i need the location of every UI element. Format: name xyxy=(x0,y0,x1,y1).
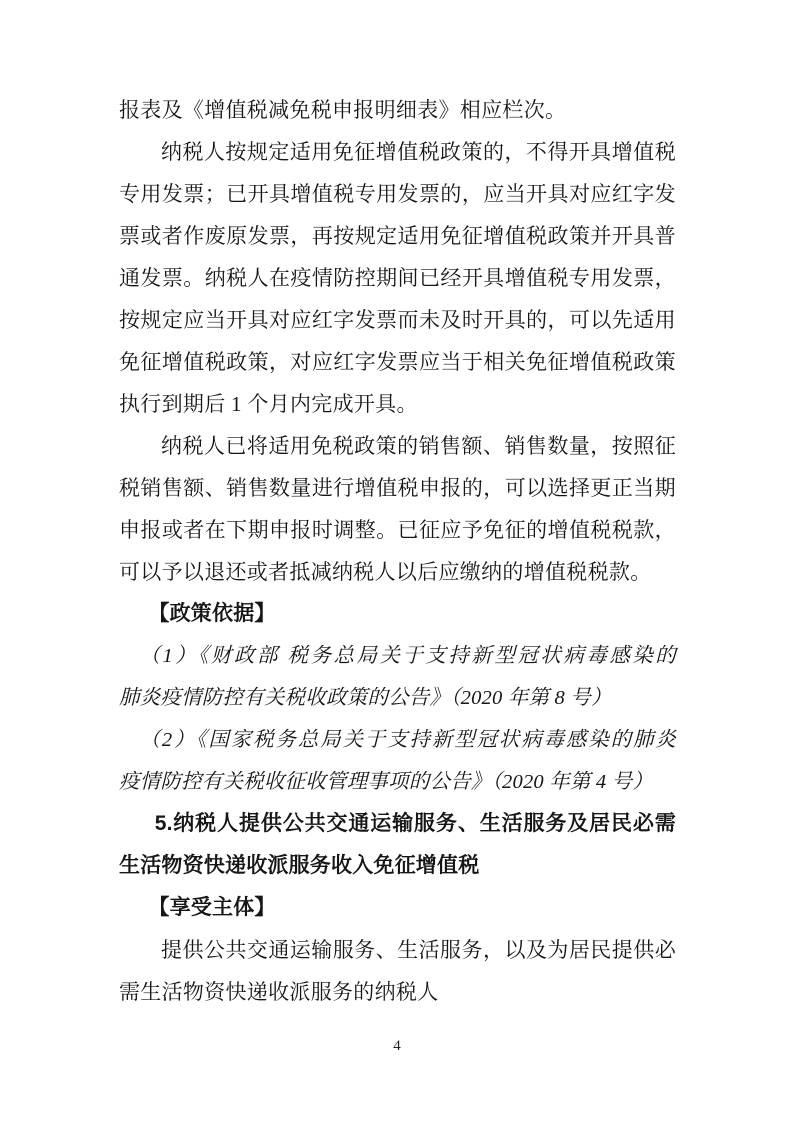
page-number: 4 xyxy=(0,1036,794,1056)
text-line: 疫情防控有关税收征收管理事项的公告》（2020 年第 4 号） xyxy=(119,761,676,803)
text-line: 提供公共交通运输服务、生活服务，以及为居民提供必 xyxy=(119,929,676,971)
text-line: 可以予以退还或者抵减纳税人以后应缴纳的增值税税款。 xyxy=(119,551,676,593)
text-line: 肺炎疫情防控有关税收政策的公告》（2020 年第 8 号） xyxy=(119,677,676,719)
text-line: 按规定应当开具对应红字发票而未及时开具的，可以先适用 xyxy=(119,299,676,341)
text-line: 5.纳税人提供公共交通运输服务、生活服务及居民必需 xyxy=(119,803,676,845)
text-line: 报表及《增值税减免税申报明细表》相应栏次。 xyxy=(119,89,676,131)
text-line: 税销售额、销售数量进行增值税申报的，可以选择更正当期 xyxy=(119,467,676,509)
text-line: （2）《国家税务总局关于支持新型冠状病毒感染的肺炎 xyxy=(119,719,676,761)
text-line: 申报或者在下期申报时调整。已征应予免征的增值税税款， xyxy=(119,509,676,551)
text-line: 通发票。纳税人在疫情防控期间已经开具增值税专用发票， xyxy=(119,257,676,299)
text-line: 票或者作废原发票，再按规定适用免征增值税政策并开具普 xyxy=(119,215,676,257)
text-line: 生活物资快递收派服务收入免征增值税 xyxy=(119,845,676,887)
text-block: 报表及《增值税减免税申报明细表》相应栏次。纳税人按规定适用免征增值税政策的，不得… xyxy=(119,89,676,1013)
text-line: 纳税人按规定适用免征增值税政策的，不得开具增值税 xyxy=(119,131,676,173)
text-line: 执行到期后 1 个月内完成开具。 xyxy=(119,383,676,425)
text-line: （1）《财政部 税务总局关于支持新型冠状病毒感染的 xyxy=(119,635,676,677)
text-line: 专用发票；已开具增值税专用发票的，应当开具对应红字发 xyxy=(119,173,676,215)
text-line: 【政策依据】 xyxy=(119,593,676,635)
text-line: 需生活物资快递收派服务的纳税人 xyxy=(119,971,676,1013)
text-line: 免征增值税政策，对应红字发票应当于相关免征增值税政策 xyxy=(119,341,676,383)
text-line: 纳税人已将适用免税政策的销售额、销售数量，按照征 xyxy=(119,425,676,467)
document-page: 报表及《增值税减免税申报明细表》相应栏次。纳税人按规定适用免征增值税政策的，不得… xyxy=(0,0,794,1123)
text-line: 【享受主体】 xyxy=(119,887,676,929)
